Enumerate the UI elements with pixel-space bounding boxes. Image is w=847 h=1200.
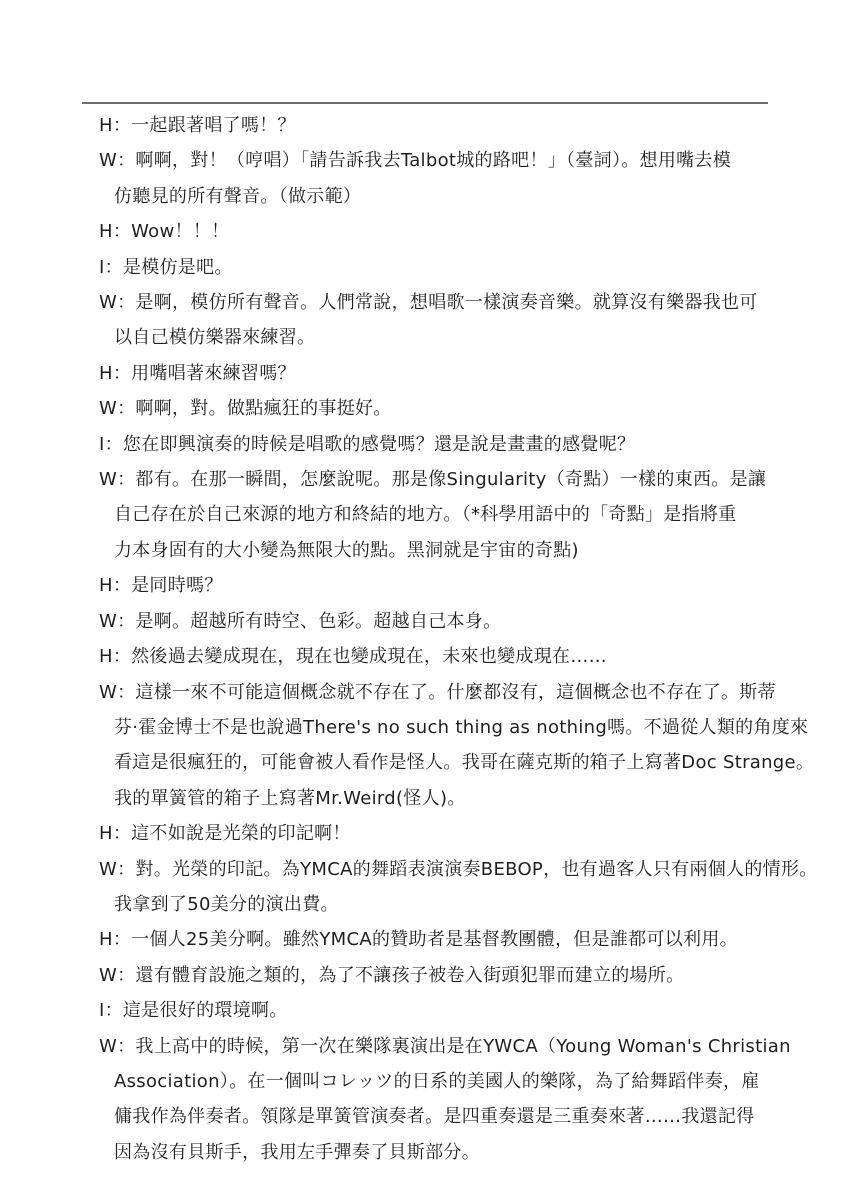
transcript-line: 自己存在於自己來源的地方和終結的地方。（*科學用語中的「奇點」是指將重 bbox=[99, 497, 811, 532]
transcript-line: W：是啊，模仿所有聲音。人們常說，想唱歌一樣演奏音樂。就算沒有樂器我也可 bbox=[99, 285, 811, 320]
transcript-line: H：一個人25美分啊。雖然YMCA的贊助者是基督教團體，但是誰都可以利用。 bbox=[99, 922, 811, 957]
transcript-line: I：這是很好的環境啊。 bbox=[99, 993, 811, 1028]
transcript-line: H：這不如說是光榮的印記啊！ bbox=[99, 816, 811, 851]
transcript-line: 芬·霍金博士不是也說過There's no such thing as noth… bbox=[99, 710, 811, 745]
transcript-line: 因為沒有貝斯手，我用左手彈奏了貝斯部分。 bbox=[99, 1135, 811, 1170]
transcript-line: W：對。光榮的印記。為YMCA的舞蹈表演演奏BEBOP，也有過客人只有兩個人的情… bbox=[99, 852, 811, 887]
transcript-line: 看這是很瘋狂的，可能會被人看作是怪人。我哥在薩克斯的箱子上寫著Doc Stran… bbox=[99, 745, 811, 780]
transcript-line: W：我上高中的時候，第一次在樂隊裏演出是在YWCA（Young Woman's … bbox=[99, 1029, 811, 1064]
transcript-line: H：是同時嗎？ bbox=[99, 568, 811, 603]
transcript-line: H：用嘴唱著來練習嗎？ bbox=[99, 356, 811, 391]
transcript-line: H：然後過去變成現在，現在也變成現在，未來也變成現在…… bbox=[99, 639, 811, 674]
transcript-line: I：您在即興演奏的時候是唱歌的感覺嗎？還是說是畫畫的感覺呢？ bbox=[99, 427, 811, 462]
transcript-line: H：一起跟著唱了嗎！？ bbox=[99, 108, 811, 143]
transcript-line: W：都有。在那一瞬間，怎麼說呢。那是像Singularity（奇點）一樣的東西。… bbox=[99, 462, 811, 497]
transcript-line: 以自己模仿樂器來練習。 bbox=[99, 320, 811, 355]
transcript-line: 力本身固有的大小變為無限大的點。黑洞就是宇宙的奇點) bbox=[99, 533, 811, 568]
transcript-line: 仿聽見的所有聲音。（做示範） bbox=[99, 179, 811, 214]
transcript-line: H：Wow！！！ bbox=[99, 214, 811, 249]
transcript-line: 傭我作為伴奏者。領隊是單簧管演奏者。是四重奏還是三重奏來著……我還記得 bbox=[99, 1099, 811, 1134]
transcript-line: 我的單簧管的箱子上寫著Mr.Weird(怪人)。 bbox=[99, 781, 811, 816]
transcript-line: W：啊啊，對！（哼唱）「請告訴我去Talbot城的路吧！」（臺詞）。想用嘴去模 bbox=[99, 143, 811, 178]
interview-transcript: H：一起跟著唱了嗎！？ W：啊啊，對！（哼唱）「請告訴我去Talbot城的路吧！… bbox=[99, 108, 811, 1170]
transcript-line: W：還有體育設施之類的，為了不讓孩子被卷入街頭犯罪而建立的場所。 bbox=[99, 958, 811, 993]
transcript-line: I：是模仿是吧。 bbox=[99, 250, 811, 285]
transcript-line: W：是啊。超越所有時空、色彩。超越自己本身。 bbox=[99, 604, 811, 639]
header-rule bbox=[82, 102, 768, 104]
transcript-line: W：啊啊，對。做點瘋狂的事挺好。 bbox=[99, 391, 811, 426]
transcript-line: 我拿到了50美分的演出費。 bbox=[99, 887, 811, 922]
transcript-line: W：這樣一來不可能這個概念就不存在了。什麼都沒有，這個概念也不存在了。斯蒂 bbox=[99, 675, 811, 710]
transcript-line: Association）。在一個叫コレッツ的日系的美國人的樂隊，為了給舞蹈伴奏，… bbox=[99, 1064, 811, 1099]
document-page: H：一起跟著唱了嗎！？ W：啊啊，對！（哼唱）「請告訴我去Talbot城的路吧！… bbox=[0, 0, 847, 1200]
